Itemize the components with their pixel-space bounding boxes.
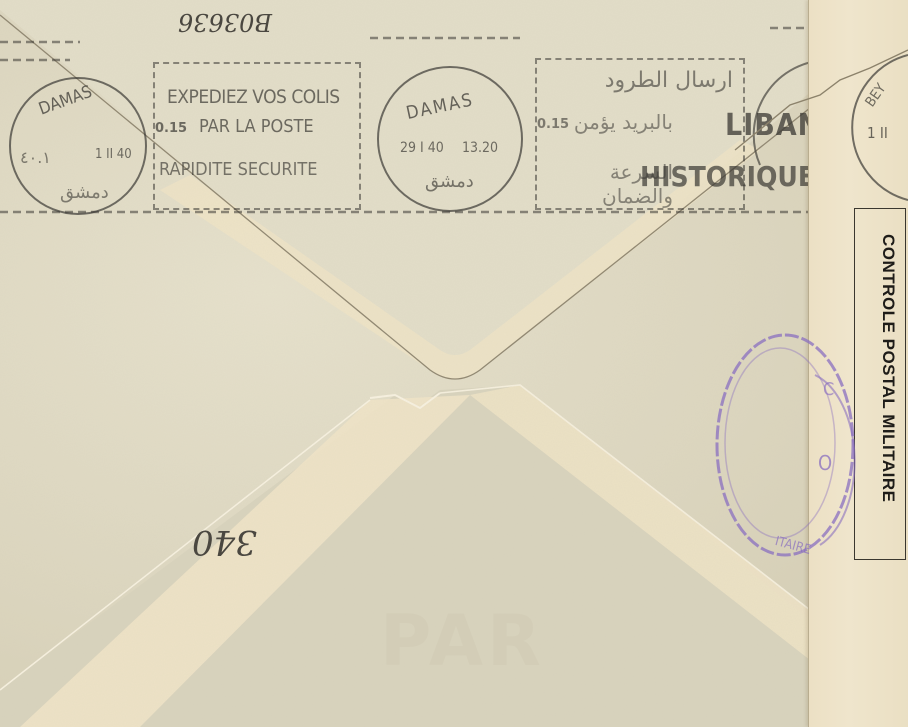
svg-text:C: C bbox=[823, 379, 834, 400]
handwritten-note: 340 bbox=[192, 522, 257, 562]
envelope-back-photo: B03636 DAMAS 1 II 40 ٤٠.١ دمشق EXPEDIEZ … bbox=[0, 0, 908, 727]
faint-watermark: PAR bbox=[380, 600, 545, 682]
svg-text:O: O bbox=[818, 451, 832, 475]
violet-censor-handstamp: O C ITAIRE bbox=[705, 325, 875, 575]
svg-text:1 II: 1 II bbox=[867, 124, 888, 142]
postmark-beyrouth: BEY 1 II bbox=[845, 50, 908, 210]
